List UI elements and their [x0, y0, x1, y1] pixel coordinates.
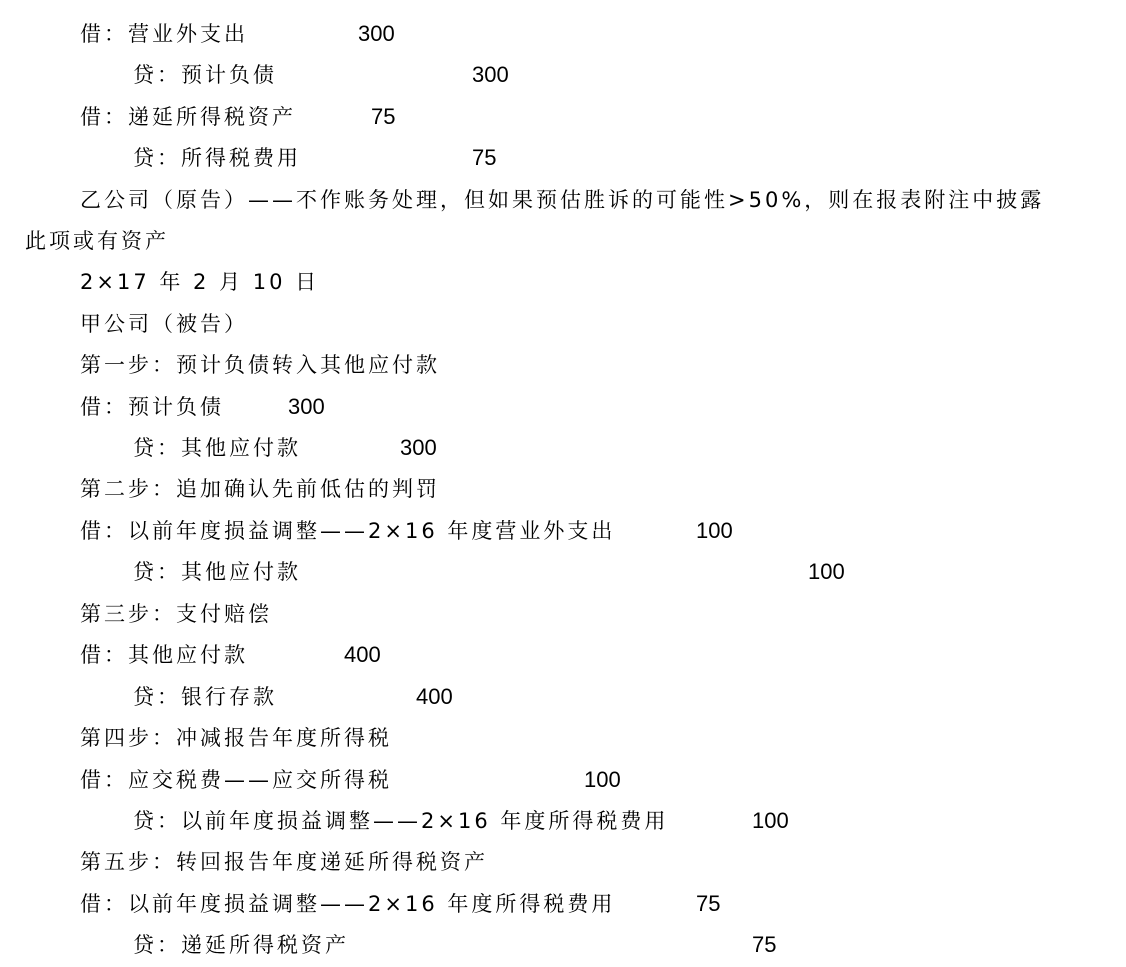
entry-text: 甲公司（被告） — [80, 310, 248, 338]
entry-amount: 75 — [371, 103, 395, 131]
entry-text: 2×17 年 2 月 10 日 — [80, 268, 319, 296]
entry-text: 第三步：支付赔偿 — [80, 600, 272, 628]
entry-amount: 100 — [808, 558, 845, 586]
entry-text: 此项或有资产 — [25, 227, 169, 255]
entry-amount: 100 — [752, 807, 789, 835]
entry-text: 贷：银行存款 — [133, 683, 277, 711]
entry-amount: 75 — [752, 931, 776, 959]
entry-text: 第二步：追加确认先前低估的判罚 — [80, 475, 440, 503]
entry-amount: 300 — [400, 434, 437, 462]
entry-text: 借：预计负债 — [80, 393, 224, 421]
entry-text: 贷：其他应付款 — [133, 434, 301, 462]
entry-text: 贷：所得税费用 — [133, 144, 301, 172]
entry-amount: 75 — [696, 890, 720, 918]
entry-text: 贷：以前年度损益调整——2×16 年度所得税费用 — [133, 807, 668, 835]
entry-text: 借：营业外支出 — [80, 20, 248, 48]
entry-text: 乙公司（原告）——不作账务处理，但如果预估胜诉的可能性>50%，则在报表附注中披… — [80, 186, 1044, 214]
entry-text: 借：以前年度损益调整——2×16 年度所得税费用 — [80, 890, 615, 918]
entry-text: 第四步：冲减报告年度所得税 — [80, 724, 392, 752]
entry-text: 贷：其他应付款 — [133, 558, 301, 586]
entry-text: 贷：预计负债 — [133, 61, 277, 89]
entry-amount: 300 — [288, 393, 325, 421]
entry-amount: 300 — [472, 61, 509, 89]
entry-text: 第五步：转回报告年度递延所得税资产 — [80, 848, 488, 876]
entry-text: 借：其他应付款 — [80, 641, 248, 669]
entry-amount: 75 — [472, 144, 496, 172]
entry-amount: 400 — [344, 641, 381, 669]
entry-amount: 100 — [696, 517, 733, 545]
entry-text: 借：递延所得税资产 — [80, 103, 296, 131]
entry-amount: 300 — [358, 20, 395, 48]
entry-text: 借：以前年度损益调整——2×16 年度营业外支出 — [80, 517, 615, 545]
entry-amount: 100 — [584, 766, 621, 794]
entry-amount: 400 — [416, 683, 453, 711]
entry-text: 借：应交税费——应交所得税 — [80, 766, 392, 794]
entry-text: 贷：递延所得税资产 — [133, 931, 349, 959]
entry-text: 第一步：预计负债转入其他应付款 — [80, 351, 440, 379]
